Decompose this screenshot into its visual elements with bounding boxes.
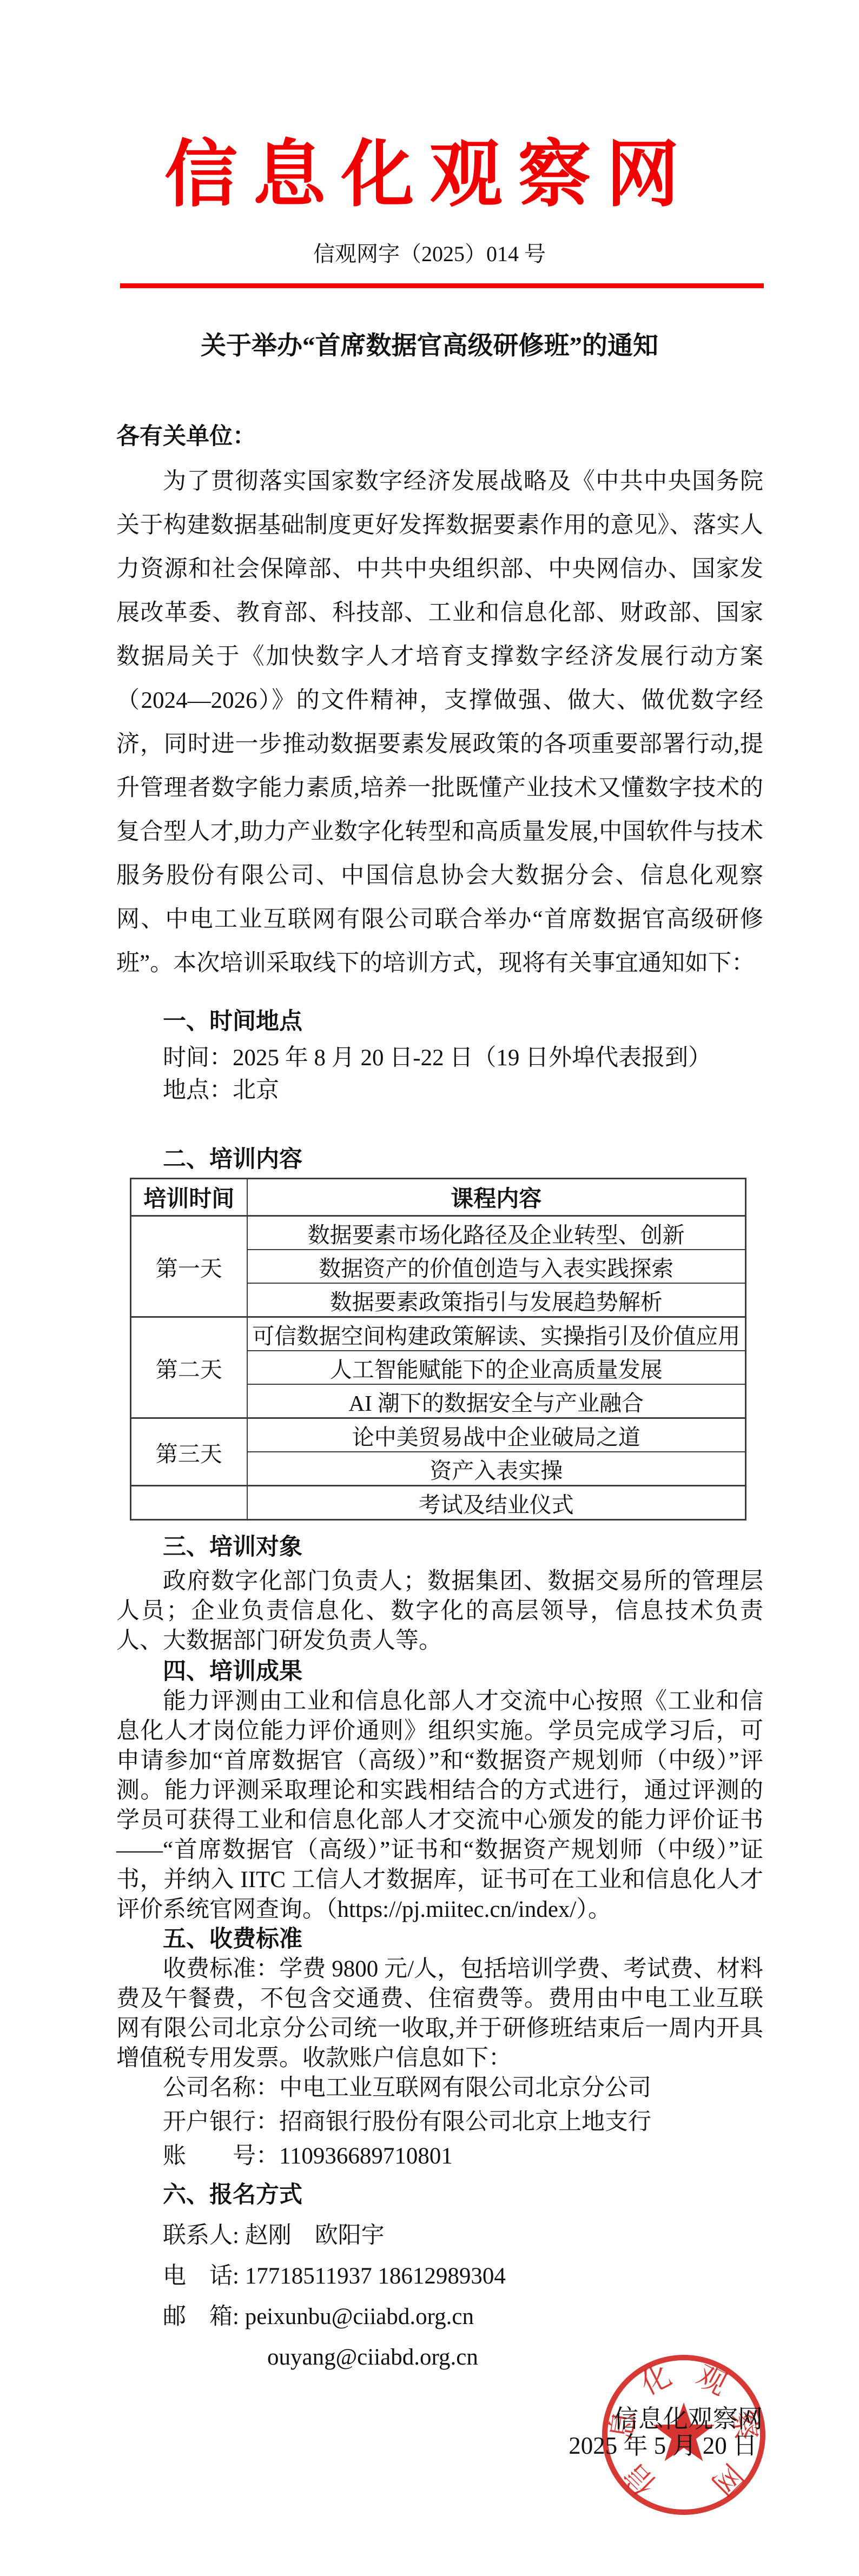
masthead-title: 信息化观察网: [0, 135, 859, 216]
section-4-heading: 四、培训成果: [116, 1657, 302, 1687]
seal-char: 网: [705, 2458, 749, 2501]
section-2-heading: 二、培训内容: [116, 1145, 302, 1175]
fee-paragraph: 收费标准：学费 9800 元/人，包括培训学费、考试费、材料费及午餐费，不包含交…: [116, 1954, 763, 2073]
section-5-heading: 五、收费标准: [116, 1924, 302, 1955]
course-cell: 数据要素政策指引与发展趋势解析: [247, 1283, 746, 1317]
issuer-name: 信息化观察网: [487, 2404, 763, 2434]
course-cell: 资产入表实操: [247, 1452, 746, 1486]
doc-number: 信观网字（2025）014 号: [0, 239, 859, 269]
table-row: 第二天 可信数据空间构建政策解读、实操指引及价值应用: [131, 1317, 746, 1351]
intro-paragraph: 为了贯彻落实国家数字经济发展战略及《中共中央国务院关于构建数据基础制度更好发挥数…: [116, 460, 763, 985]
table-row: 考试及结业仪式: [131, 1486, 746, 1520]
account-info-block: 公司名称：中电工业互联网有限公司北京分公司 开户银行：招商银行股份有限公司北京上…: [116, 2071, 651, 2173]
section-1-heading: 一、时间地点: [116, 1007, 302, 1037]
seal-char: 观: [691, 2359, 732, 2401]
course-cell: 数据资产的价值创造与入表实践探索: [247, 1250, 746, 1283]
issue-date: 2025 年 5 月 20 日: [481, 2431, 757, 2461]
contact-person-line: 联系人: 赵刚 欧阳宇: [116, 2215, 506, 2256]
time-line: 时间：2025 年 8 月 20 日-22 日（19 日外埠代表报到）: [116, 1043, 711, 1073]
section-6-heading: 六、报名方式: [116, 2180, 302, 2210]
seal-char: 信: [618, 2458, 662, 2501]
table-row: 第三天 论中美贸易战中企业破局之道: [131, 1418, 746, 1452]
table-row: 第一天 数据要素市场化路径及企业转型、创新: [131, 1216, 746, 1250]
course-cell: 人工智能赋能下的企业高质量发展: [247, 1351, 746, 1384]
column-header-time: 培训时间: [131, 1179, 247, 1216]
account-number-line: 账 号：110936689710801: [116, 2139, 651, 2173]
course-cell: 论中美贸易战中企业破局之道: [247, 1418, 746, 1452]
place-line: 地点：北京: [116, 1075, 279, 1106]
account-company-line: 公司名称：中电工业互联网有限公司北京分公司: [116, 2071, 651, 2105]
audience-paragraph: 政府数字化部门负责人；数据集团、数据交易所的管理层人员；企业负责信息化、数字化的…: [116, 1566, 763, 1656]
notice-document: 信息化观察网 信观网字（2025）014 号 关于举办“首席数据官高级研修班”的…: [0, 0, 859, 2576]
outcome-paragraph: 能力评测由工业和信息化部人才交流中心按照《工业和信息化人才岗位能力评价通则》组织…: [116, 1687, 763, 1924]
day-cell: 第一天: [131, 1216, 247, 1317]
contact-block: 联系人: 赵刚 欧阳宇 电 话: 17718511937 18612989304…: [116, 2215, 506, 2378]
course-cell: 考试及结业仪式: [247, 1486, 746, 1520]
table-header-row: 培训时间 课程内容: [131, 1179, 746, 1216]
notice-title: 关于举办“首席数据官高级研修班”的通知: [0, 329, 859, 363]
day-cell: 第二天: [131, 1317, 247, 1418]
course-cell: AI 潮下的数据安全与产业融合: [247, 1384, 746, 1418]
day-cell: 第三天: [131, 1418, 247, 1486]
red-divider: [120, 283, 764, 288]
section-3-heading: 三、培训对象: [116, 1532, 302, 1563]
contact-phone-line: 电 话: 17718511937 18612989304: [116, 2256, 506, 2296]
account-bank-line: 开户银行：招商银行股份有限公司北京上地支行: [116, 2105, 651, 2139]
salutation: 各有关单位：: [116, 422, 256, 452]
day-cell: [131, 1486, 247, 1520]
course-cell: 数据要素市场化路径及企业转型、创新: [247, 1216, 746, 1250]
seal-char: 化: [636, 2359, 676, 2401]
contact-email-line: 邮 箱: peixunbu@ciiabd.org.cn: [116, 2296, 506, 2337]
course-cell: 可信数据空间构建政策解读、实操指引及价值应用: [247, 1317, 746, 1351]
column-header-content: 课程内容: [247, 1179, 746, 1216]
contact-email2-line: ouyang@ciiabd.org.cn: [116, 2337, 506, 2378]
training-schedule-table: 培训时间 课程内容 第一天 数据要素市场化路径及企业转型、创新 数据资产的价值创…: [130, 1178, 746, 1521]
